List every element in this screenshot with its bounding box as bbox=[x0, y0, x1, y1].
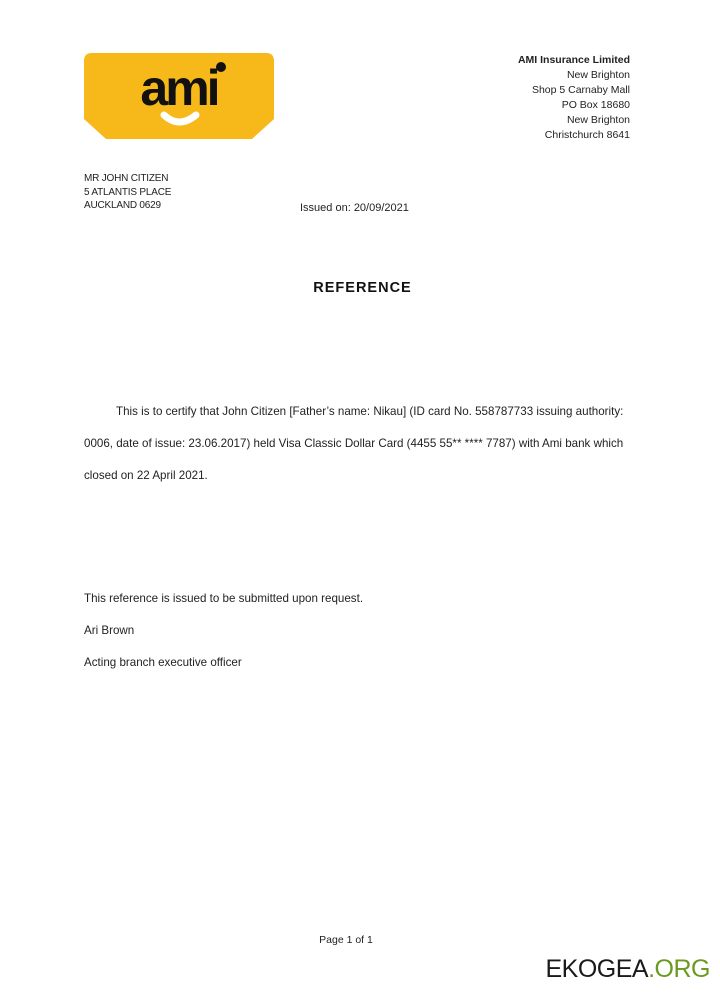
recipient-city: AUCKLAND 0629 bbox=[84, 199, 171, 213]
watermark-tld: .ORG bbox=[648, 955, 710, 983]
company-address-block: AMI Insurance Limited New Brighton Shop … bbox=[518, 53, 630, 143]
body-paragraph-container: This is to certify that John Citizen [Fa… bbox=[84, 396, 640, 492]
recipient-street: 5 ATLANTIS PLACE bbox=[84, 186, 171, 200]
ami-logo: ami bbox=[84, 53, 274, 139]
recipient-name: MR JOHN CITIZEN bbox=[84, 172, 171, 186]
closing-statement: This reference is issued to be submitted… bbox=[84, 591, 363, 623]
signatory-name: Ari Brown bbox=[84, 623, 363, 655]
signatory-position: Acting branch executive officer bbox=[84, 655, 363, 687]
company-address-line: Christchurch 8641 bbox=[518, 128, 630, 143]
recipient-address-block: MR JOHN CITIZEN 5 ATLANTIS PLACE AUCKLAN… bbox=[84, 172, 171, 213]
issued-date: Issued on: 20/09/2021 bbox=[300, 202, 409, 214]
document-title: REFERENCE bbox=[0, 280, 720, 296]
company-address-line: New Brighton bbox=[518, 68, 630, 83]
watermark-main: EKOGEA bbox=[546, 955, 649, 983]
company-address-line: PO Box 18680 bbox=[518, 98, 630, 113]
body-paragraph: This is to certify that John Citizen [Fa… bbox=[84, 405, 623, 482]
company-name: AMI Insurance Limited bbox=[518, 53, 630, 68]
closing-block: This reference is issued to be submitted… bbox=[84, 591, 363, 687]
company-address-line: Shop 5 Carnaby Mall bbox=[518, 83, 630, 98]
watermark: EKOGEA.ORG bbox=[546, 955, 711, 984]
page-number: Page 1 of 1 bbox=[0, 934, 720, 946]
company-address-line: New Brighton bbox=[518, 113, 630, 128]
logo-wordmark: ami bbox=[140, 60, 217, 116]
